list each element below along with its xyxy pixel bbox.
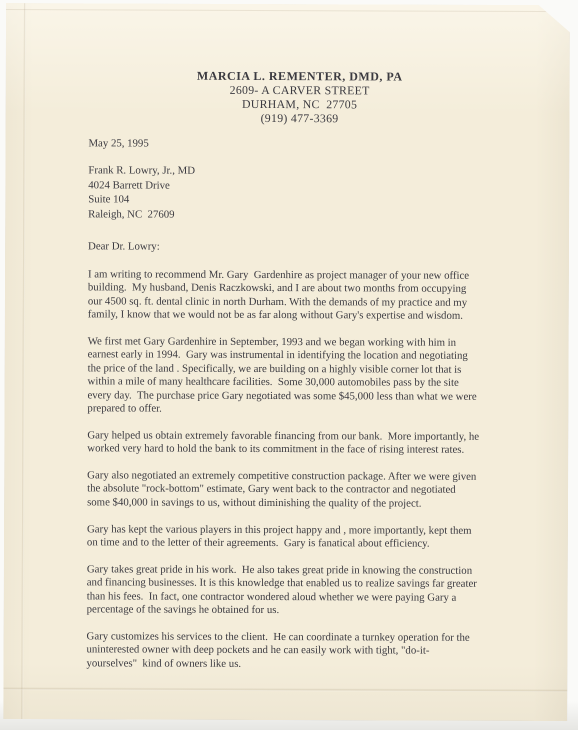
paragraph-3: Gary helped us obtain extremely favorabl…	[87, 429, 539, 458]
recipient-street: 4024 Barrett Drive	[88, 178, 195, 193]
paper-crease-bottom	[3, 687, 567, 692]
letter-body: I am writing to recommend Mr. Gary Garde…	[86, 268, 540, 685]
paper-crease-top	[6, 9, 570, 12]
paragraph-5: Gary has kept the various players in thi…	[87, 523, 539, 552]
recipient-name: Frank R. Lowry, Jr., MD	[88, 163, 195, 178]
salutation: Dear Dr. Lowry:	[88, 240, 160, 252]
paragraph-7: Gary customizes his services to the clie…	[86, 630, 538, 672]
recipient-city-state-zip: Raleigh, NC 27609	[88, 207, 195, 222]
recipient-suite: Suite 104	[88, 193, 195, 208]
paragraph-4: Gary also negotiated an extremely compet…	[87, 469, 539, 511]
letter-page: MARCIA L. REMENTER, DMD, PA 2609- A CARV…	[3, 3, 570, 721]
paragraph-6: Gary takes great pride in his work. He a…	[87, 563, 539, 618]
paragraph-2: We first met Gary Gardenhire in Septembe…	[87, 335, 539, 417]
letter-date: May 25, 1995	[88, 137, 148, 149]
letterhead: MARCIA L. REMENTER, DMD, PA 2609- A CARV…	[6, 68, 570, 126]
paragraph-1: I am writing to recommend Mr. Gary Garde…	[88, 268, 540, 323]
letterhead-phone: (919) 477-3369	[30, 110, 570, 126]
recipient-address-block: Frank R. Lowry, Jr., MD 4024 Barrett Dri…	[88, 163, 195, 222]
